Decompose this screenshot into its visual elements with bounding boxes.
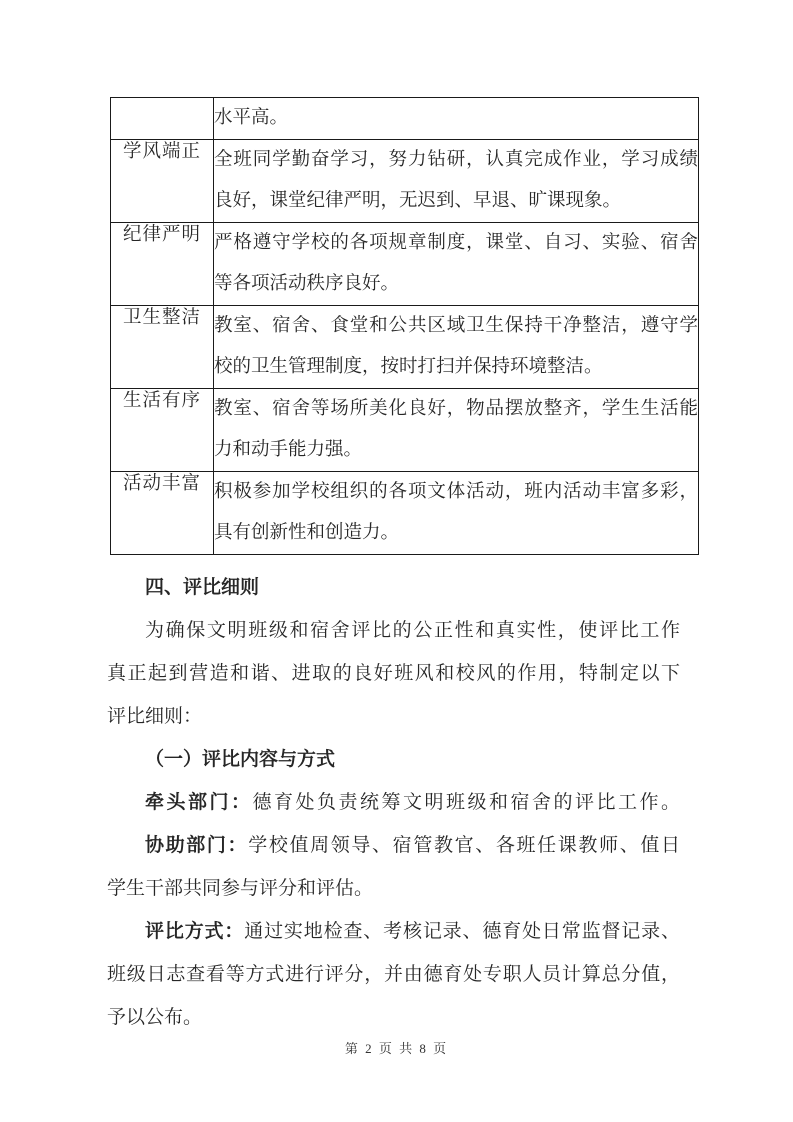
text-line: 教室、宿舍、食堂和公共区域卫生保持干净整洁，遵守学 xyxy=(214,306,698,347)
table-row: 生活有序 教室、宿舍等场所美化良好，物品摆放整齐，学生生活能力和动手能力强。 xyxy=(111,389,699,472)
paragraph-line: 评比方式：通过实地检查、考核记录、德育处日常监督记录、 xyxy=(107,910,680,953)
text-line: 积极参加学校组织的各项文体活动，班内活动丰富多彩， xyxy=(214,472,698,513)
criterion-description: 积极参加学校组织的各项文体活动，班内活动丰富多彩，具有创新性和创造力。 xyxy=(214,472,699,555)
table-row: 卫生整洁 教室、宿舍、食堂和公共区域卫生保持干净整洁，遵守学校的卫生管理制度，按… xyxy=(111,306,699,389)
document-page: 水平高。 学风端正 全班同学勤奋学习，努力钻研，认真完成作业，学习成绩良好，课堂… xyxy=(0,0,793,1122)
text-line: 全班同学勤奋学习，努力钻研，认真完成作业，学习成绩 xyxy=(214,140,698,181)
criterion-label: 活动丰富 xyxy=(111,472,214,555)
paragraph-line: 为确保文明班级和宿舍评比的公正性和真实性，使评比工作 xyxy=(107,609,680,652)
criterion-label: 学风端正 xyxy=(111,140,214,223)
table-row: 学风端正 全班同学勤奋学习，努力钻研，认真完成作业，学习成绩良好，课堂纪律严明，… xyxy=(111,140,699,223)
method-paragraph: 评比方式：通过实地检查、考核记录、德育处日常监督记录、 班级日志查看等方式进行评… xyxy=(107,910,680,1039)
method-label: 评比方式： xyxy=(145,921,244,942)
text-line: 良好，课堂纪律严明，无迟到、早退、旷课现象。 xyxy=(214,181,698,222)
criterion-description: 水平高。 xyxy=(214,98,699,140)
assist-dept-paragraph: 协助部门：学校值周领导、宿管教官、各班任课教师、值日 学生干部共同参与评分和评估… xyxy=(107,824,680,910)
criterion-label xyxy=(111,98,214,140)
method-text: 通过实地检查、考核记录、德育处日常监督记录、 xyxy=(244,921,680,942)
paragraph-line: 协助部门：学校值周领导、宿管教官、各班任课教师、值日 xyxy=(107,824,680,867)
text-line: 学生干部共同参与评分和评估。 xyxy=(107,867,680,910)
text-line: 严格遵守学校的各项规章制度，课堂、自习、实验、宿舍 xyxy=(214,223,698,264)
text-line: 水平高。 xyxy=(214,98,698,139)
criterion-label: 纪律严明 xyxy=(111,223,214,306)
lead-dept-text: 德育处负责统筹文明班级和宿舍的评比工作。 xyxy=(253,792,680,813)
table-row: 活动丰富 积极参加学校组织的各项文体活动，班内活动丰富多彩，具有创新性和创造力。 xyxy=(111,472,699,555)
text-line: 力和动手能力强。 xyxy=(214,430,698,471)
page-number: 第 2 页 共 8 页 xyxy=(0,1038,793,1057)
criterion-description: 严格遵守学校的各项规章制度，课堂、自习、实验、宿舍等各项活动秩序良好。 xyxy=(214,223,699,306)
body-text: 四、评比细则 为确保文明班级和宿舍评比的公正性和真实性，使评比工作 真正起到营造… xyxy=(107,566,680,1039)
assist-dept-text: 学校值周领导、宿管教官、各班任课教师、值日 xyxy=(248,835,680,856)
table-row: 纪律严明 严格遵守学校的各项规章制度，课堂、自习、实验、宿舍等各项活动秩序良好。 xyxy=(111,223,699,306)
criterion-label: 生活有序 xyxy=(111,389,214,472)
table-row: 水平高。 xyxy=(111,98,699,140)
text-line: 班级日志查看等方式进行评分，并由德育处专职人员计算总分值， xyxy=(107,953,680,996)
criteria-table: 水平高。 学风端正 全班同学勤奋学习，努力钻研，认真完成作业，学习成绩良好，课堂… xyxy=(110,97,699,555)
text-line: 等各项活动秩序良好。 xyxy=(214,264,698,305)
subsection-heading: （一）评比内容与方式 xyxy=(107,738,680,781)
lead-dept-label: 牵头部门： xyxy=(145,792,253,813)
text-line: 真正起到营造和谐、进取的良好班风和校风的作用，特制定以下 xyxy=(107,652,680,695)
criterion-description: 全班同学勤奋学习，努力钻研，认真完成作业，学习成绩良好，课堂纪律严明，无迟到、早… xyxy=(214,140,699,223)
intro-paragraph: 为确保文明班级和宿舍评比的公正性和真实性，使评比工作 真正起到营造和谐、进取的良… xyxy=(107,609,680,738)
text-line: 具有创新性和创造力。 xyxy=(214,513,698,554)
text-line: 予以公布。 xyxy=(107,996,680,1039)
text-line: 评比细则： xyxy=(107,695,680,738)
criterion-description: 教室、宿舍、食堂和公共区域卫生保持干净整洁，遵守学校的卫生管理制度，按时打扫并保… xyxy=(214,306,699,389)
assist-dept-label: 协助部门： xyxy=(145,835,248,856)
section-heading: 四、评比细则 xyxy=(107,566,680,609)
lead-dept-paragraph: 牵头部门：德育处负责统筹文明班级和宿舍的评比工作。 xyxy=(107,781,680,824)
text-line: 校的卫生管理制度，按时打扫并保持环境整洁。 xyxy=(214,347,698,388)
text-line: 教室、宿舍等场所美化良好，物品摆放整齐，学生生活能 xyxy=(214,389,698,430)
criterion-description: 教室、宿舍等场所美化良好，物品摆放整齐，学生生活能力和动手能力强。 xyxy=(214,389,699,472)
criterion-label: 卫生整洁 xyxy=(111,306,214,389)
